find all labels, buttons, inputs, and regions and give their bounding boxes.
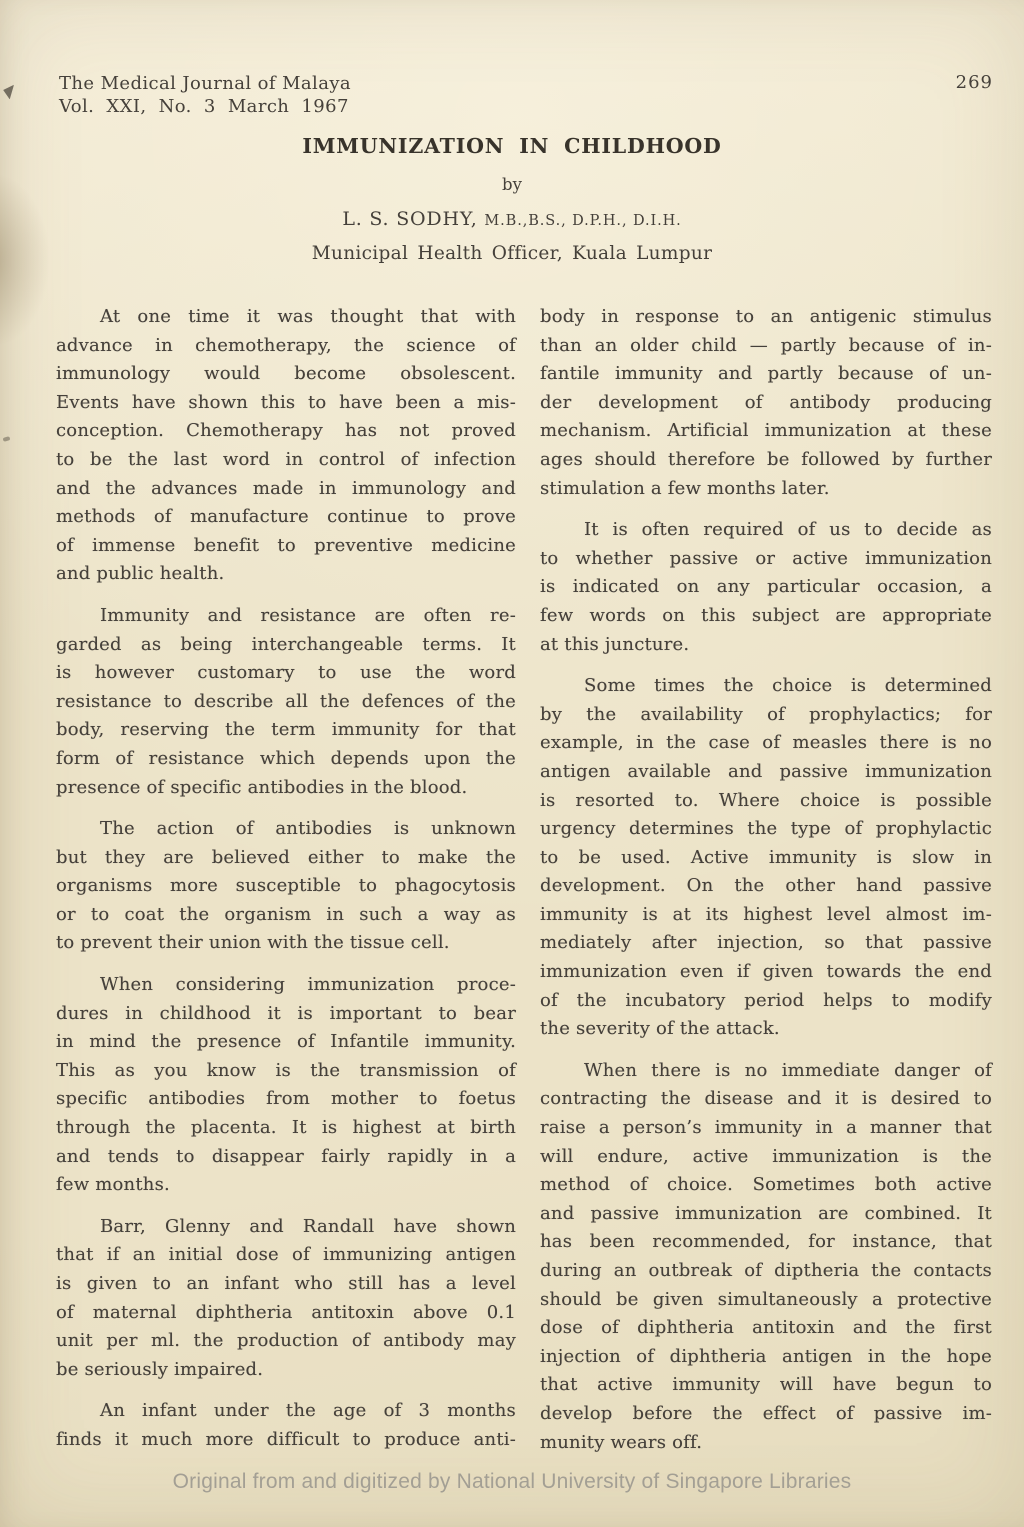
text-line: of the incubatory period helps to modify	[540, 987, 992, 1016]
text-line: injection of diphtheria antigen in the h…	[540, 1343, 992, 1372]
text-line: garded as being interchangeable terms. I…	[56, 631, 516, 660]
text-line: stimulation a few months later.	[540, 475, 992, 504]
text-line: at this juncture.	[540, 631, 992, 660]
text-line: has been recommended, for instance, that	[540, 1228, 992, 1257]
article-title: IMMUNIZATION IN CHILDHOOD	[0, 134, 1024, 158]
text-line: This as you know is the transmission of	[56, 1057, 516, 1086]
text-line: the severity of the attack.	[540, 1015, 992, 1044]
text-line: An infant under the age of 3 months	[56, 1397, 516, 1426]
text-line: contracting the disease and it is desire…	[540, 1085, 992, 1114]
scan-speck	[3, 436, 11, 442]
text-line: to be the last word in control of infect…	[56, 446, 516, 475]
paragraph: An infant under the age of 3 monthsfinds…	[56, 1397, 516, 1454]
text-line: unit per ml. the production of antibody …	[56, 1327, 516, 1356]
paragraph: When there is no immediate danger ofcont…	[540, 1057, 992, 1457]
text-line: to whether passive or active immunizatio…	[540, 545, 992, 574]
text-line: immunity is at its highest level almost …	[540, 901, 992, 930]
paragraph: At one time it was thought that withadva…	[56, 303, 516, 589]
author-qualifications: M.B.,B.S., D.P.H., D.I.H.	[484, 213, 681, 229]
text-line: is indicated on any particular occasion,…	[540, 573, 992, 602]
text-line: and tends to disappear fairly rapidly in…	[56, 1143, 516, 1172]
text-line: form of resistance which depends upon th…	[56, 745, 516, 774]
text-line: of immense benefit to preventive medicin…	[56, 532, 516, 561]
text-line: dures in childhood it is important to be…	[56, 1000, 516, 1029]
text-line: finds it much more difficult to produce …	[56, 1426, 516, 1455]
paragraph: It is often required of us to decide ast…	[540, 516, 992, 659]
text-line: by the availability of prophylactics; fo…	[540, 701, 992, 730]
author-line: L. S. SODHY, M.B.,B.S., D.P.H., D.I.H.	[0, 208, 1024, 230]
text-line: be seriously impaired.	[56, 1356, 516, 1385]
text-line: body in response to an antigenic stimulu…	[540, 303, 992, 332]
journal-page: The Medical Journal of Malaya Vol. XXI, …	[0, 0, 1024, 1527]
journal-title: The Medical Journal of Malaya	[59, 72, 351, 95]
paragraph: When considering immunization proce-dure…	[56, 971, 516, 1200]
text-line: to prevent their union with the tissue c…	[56, 929, 516, 958]
text-line: few words on this subject are appropriat…	[540, 602, 992, 631]
text-line: When there is no immediate danger of	[540, 1057, 992, 1086]
text-line: that active immunity will have begun to	[540, 1371, 992, 1400]
text-line: is resorted to. Where choice is possible	[540, 787, 992, 816]
paragraph: body in response to an antigenic stimulu…	[540, 303, 992, 503]
text-line: fantile immunity and partly because of u…	[540, 360, 992, 389]
text-line: that if an initial dose of immunizing an…	[56, 1241, 516, 1270]
paragraph: The action of antibodies is unknownbut t…	[56, 815, 516, 958]
text-line: is however customary to use the word	[56, 659, 516, 688]
text-line: or to coat the organism in such a way as	[56, 901, 516, 930]
right-column: body in response to an antigenic stimulu…	[540, 303, 992, 1457]
text-line: urgency determines the type of prophylac…	[540, 815, 992, 844]
text-line: Immunity and resistance are often re-	[56, 602, 516, 631]
author-name: L. S. SODHY,	[342, 208, 477, 230]
left-column: At one time it was thought that withadva…	[56, 303, 516, 1457]
text-line: advance in chemotherapy, the science of	[56, 332, 516, 361]
text-line: conception. Chemotherapy has not proved	[56, 417, 516, 446]
text-line: and public health.	[56, 560, 516, 589]
text-line: antigen available and passive immunizati…	[540, 758, 992, 787]
byline: by	[0, 175, 1024, 194]
journal-masthead: The Medical Journal of Malaya Vol. XXI, …	[59, 72, 351, 118]
text-line: It is often required of us to decide as	[540, 516, 992, 545]
digitization-notice: Original from and digitized by National …	[0, 1470, 1024, 1494]
text-line: in mind the presence of Infantile immuni…	[56, 1028, 516, 1057]
text-line: Barr, Glenny and Randall have shown	[56, 1213, 516, 1242]
text-line: than an older child — partly because of …	[540, 332, 992, 361]
text-line: few months.	[56, 1171, 516, 1200]
author-affiliation: Municipal Health Officer, Kuala Lumpur	[0, 243, 1024, 264]
text-line: example, in the case of measles there is…	[540, 729, 992, 758]
paragraph: Barr, Glenny and Randall have shownthat …	[56, 1213, 516, 1385]
text-line: body, reserving the term immunity for th…	[56, 716, 516, 745]
text-line: When considering immunization proce-	[56, 971, 516, 1000]
page-number: 269	[956, 72, 993, 93]
text-line: mediately after injection, so that passi…	[540, 929, 992, 958]
text-line: and the advances made in immunology and	[56, 475, 516, 504]
text-line: dose of diphtheria antitoxin and the fir…	[540, 1314, 992, 1343]
journal-volume-line: Vol. XXI, No. 3 March 1967	[59, 95, 351, 118]
text-line: The action of antibodies is unknown	[56, 815, 516, 844]
text-line: specific antibodies from mother to foetu…	[56, 1085, 516, 1114]
article-body: At one time it was thought that withadva…	[56, 303, 992, 1457]
text-line: der development of antibody producing	[540, 389, 992, 418]
text-line: but they are believed either to make the	[56, 844, 516, 873]
text-line: to be used. Active immunity is slow in	[540, 844, 992, 873]
text-line: methods of manufacture continue to prove	[56, 503, 516, 532]
text-line: Events have shown this to have been a mi…	[56, 389, 516, 418]
text-line: immunology would become obsolescent.	[56, 360, 516, 389]
text-line: mechanism. Artificial immunization at th…	[540, 417, 992, 446]
text-line: is given to an infant who still has a le…	[56, 1270, 516, 1299]
text-line: raise a person’s immunity in a manner th…	[540, 1114, 992, 1143]
text-line: presence of specific antibodies in the b…	[56, 774, 516, 803]
text-line: munity wears off.	[540, 1429, 992, 1458]
article-heading-block: IMMUNIZATION IN CHILDHOOD by L. S. SODHY…	[0, 134, 1024, 264]
text-line: during an outbreak of diptheria the cont…	[540, 1257, 992, 1286]
scan-speck	[2, 83, 14, 99]
text-line: of maternal diphtheria antitoxin above 0…	[56, 1299, 516, 1328]
paragraph: Immunity and resistance are often re-gar…	[56, 602, 516, 802]
text-line: development. On the other hand passive	[540, 872, 992, 901]
text-line: should be given simultaneously a protect…	[540, 1286, 992, 1315]
text-line: through the placenta. It is highest at b…	[56, 1114, 516, 1143]
text-line: will endure, active immunization is the	[540, 1143, 992, 1172]
text-line: and passive immunization are combined. I…	[540, 1200, 992, 1229]
text-line: Some times the choice is determined	[540, 672, 992, 701]
text-line: resistance to describe all the defences …	[56, 688, 516, 717]
text-line: ages should therefore be followed by fur…	[540, 446, 992, 475]
paragraph: Some times the choice is determinedby th…	[540, 672, 992, 1044]
text-line: method of choice. Sometimes both active	[540, 1171, 992, 1200]
text-line: organisms more susceptible to phagocytos…	[56, 872, 516, 901]
text-line: immunization even if given towards the e…	[540, 958, 992, 987]
text-line: At one time it was thought that with	[56, 303, 516, 332]
text-line: develop before the effect of passive im-	[540, 1400, 992, 1429]
